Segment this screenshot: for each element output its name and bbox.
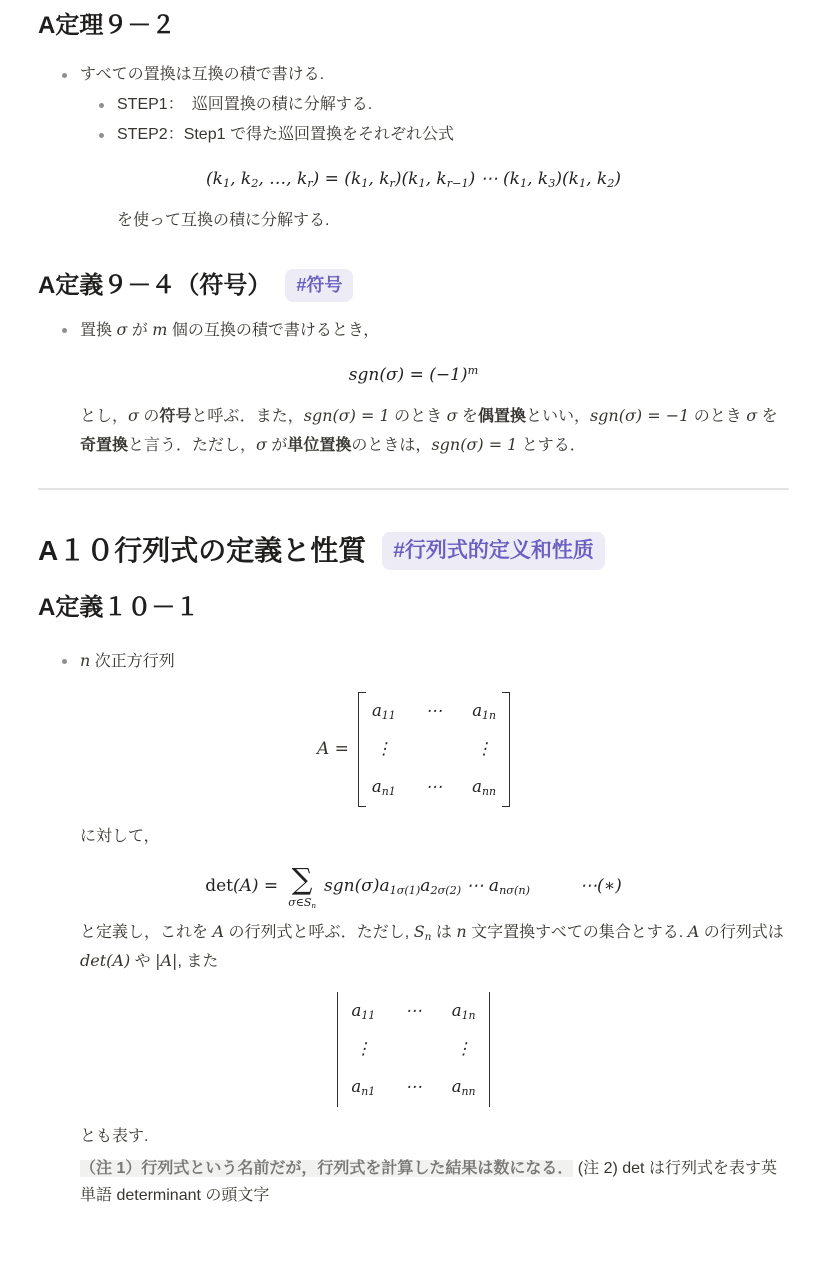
list-item-text: 置換 σ が m 個の互換の積で書けるとき， — [80, 322, 379, 339]
paragraph-tomoarawasu: とも表す. — [38, 1123, 789, 1151]
matrix-grid: a11⋯a1n⋮⋮an1⋯ann — [351, 997, 475, 1102]
paragraph-sign-definition: とし，σ の符号と呼ぶ．また，sgn(σ) = 1 のとき σ を偶置換といい，… — [38, 402, 789, 460]
sum-symbol: ∑ σ∈Sn — [288, 865, 316, 908]
heading-text: A定義９－４（符号） — [38, 270, 271, 301]
list-item-text: n 次正方行列 — [80, 653, 175, 670]
matrix-brackets: a11⋯a1n⋮⋮an1⋯ann — [358, 692, 510, 807]
tag-link-fugou[interactable]: #符号 — [285, 269, 353, 302]
heading-text: A１０行列式の定義と性質 — [38, 533, 366, 569]
heading-def-9-4: A定義９－４（符号） #符号 — [38, 269, 789, 302]
matrix-grid: a11⋯a1n⋮⋮an1⋯ann — [372, 697, 496, 802]
list-item-text: すべての置換は互換の積で書ける. — [80, 66, 324, 83]
formula-sgn: sgn(σ) = (−1)m — [38, 361, 789, 391]
heading-theorem-9-2: A定理９－２ — [38, 10, 789, 41]
determinant-bars: a11⋯a1n⋮⋮an1⋯ann — [337, 992, 489, 1107]
det-lhs: (A) = — [233, 872, 278, 902]
det-rhs: sgn(σ)a1σ(1)a2σ(2) ⋯ anσ(n) — [324, 872, 530, 902]
tag-link-determinant[interactable]: #行列式的定义和性质 — [382, 532, 605, 570]
list-item: すべての置換は互換の積で書ける. — [38, 61, 789, 89]
list-item-step1: STEP1： 巡回置換の積に分解する. — [38, 91, 789, 119]
formula-det-definition: det(A) = ∑ σ∈Sn sgn(σ)a1σ(1)a2σ(2) ⋯ anσ… — [38, 865, 789, 908]
heading-def-10-1: A定義１０－１ — [38, 592, 789, 623]
heading-a10-determinant: A１０行列式の定義と性質 #行列式的定义和性质 — [38, 532, 789, 570]
divider — [38, 488, 789, 490]
list-item: n 次正方行列 — [38, 647, 789, 676]
document-page: A定理９－２ すべての置換は互換の積で書ける. STEP1： 巡回置換の積に分解… — [38, 10, 789, 1209]
formula-label-star: ⋯(∗) — [580, 872, 622, 902]
matrix-a: A = a11⋯a1n⋮⋮an1⋯ann — [38, 692, 789, 807]
list-item: 置換 σ が m 個の互換の積で書けるとき， — [38, 316, 789, 345]
list-item-text: STEP2：Step1 で得た巡回置換をそれぞれ公式 — [117, 126, 454, 143]
list-item-text: STEP1： 巡回置換の積に分解する. — [117, 96, 372, 113]
det-operator: det — [205, 872, 233, 902]
list-item-step2: STEP2：Step1 で得た巡回置換をそれぞれ公式 — [38, 121, 789, 149]
note-remarks: （注 1）行列式という名前だが，行列式を計算した結果は数になる． (注 2) d… — [38, 1155, 789, 1209]
formula-cycle-decomposition: (k1, k2, …, kr) = (k1, kr)(k1, kr−1) ⋯ (… — [38, 165, 789, 195]
matrix-determinant: a11⋯a1n⋮⋮an1⋯ann — [38, 992, 789, 1107]
paragraph-after-formula: を使って互換の積に分解する. — [38, 207, 789, 235]
paragraph-nitaishite: に対して， — [38, 823, 789, 851]
matrix-prefix: A = — [317, 735, 349, 765]
paragraph-det-naming: と定義し，これを A の行列式と呼ぶ．ただし, Sn は n 文字置換すべての集… — [38, 918, 789, 976]
